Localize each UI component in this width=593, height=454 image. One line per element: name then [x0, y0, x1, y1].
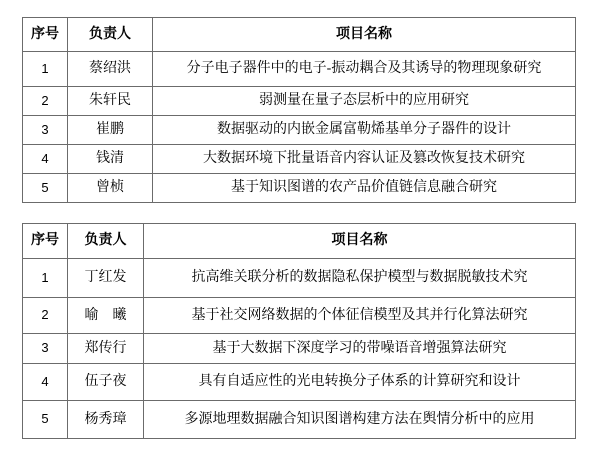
row-number-cell: 5: [23, 174, 68, 203]
row-number-cell: 1: [23, 259, 68, 298]
table-row: 2喻 曦基于社交网络数据的个体征信模型及其并行化算法研究: [23, 298, 576, 334]
column-header-0: 序号: [23, 224, 68, 259]
table-row: 2朱轩民弱测量在量子态层析中的应用研究: [23, 87, 576, 116]
header-row: 序号负责人项目名称: [23, 224, 576, 259]
column-header-0: 序号: [23, 18, 68, 52]
leader-name-cell: 朱轩民: [68, 87, 153, 116]
document-page: { "colors": { "background": "#ffffff", "…: [0, 0, 593, 454]
project-name-cell: 数据驱动的内嵌金属富勒烯基单分子器件的设计: [153, 116, 576, 145]
leader-name-cell: 伍子夜: [68, 364, 144, 401]
project-name-cell: 具有自适应性的光电转换分子体系的计算研究和设计: [144, 364, 576, 401]
project-table-2: 序号负责人项目名称 1丁红发抗高维关联分析的数据隐私保护模型与数据脱敏技术究2喻…: [22, 223, 576, 439]
table-row: 5曾桢基于知识图谱的农产品价值链信息融合研究: [23, 174, 576, 203]
header-row: 序号负责人项目名称: [23, 18, 576, 52]
column-header-2: 项目名称: [144, 224, 576, 259]
table-row: 4钱清大数据环境下批量语音内容认证及篡改恢复技术研究: [23, 145, 576, 174]
row-number-cell: 2: [23, 87, 68, 116]
project-name-cell: 基于知识图谱的农产品价值链信息融合研究: [153, 174, 576, 203]
leader-name-cell: 杨秀璋: [68, 401, 144, 439]
project-name-cell: 大数据环境下批量语音内容认证及篡改恢复技术研究: [153, 145, 576, 174]
row-number-cell: 3: [23, 334, 68, 364]
project-name-cell: 抗高维关联分析的数据隐私保护模型与数据脱敏技术究: [144, 259, 576, 298]
project-name-cell: 分子电子器件中的电子-振动耦合及其诱导的物理现象研究: [153, 52, 576, 87]
table-row: 5杨秀璋多源地理数据融合知识图谱构建方法在舆情分析中的应用: [23, 401, 576, 439]
row-number-cell: 4: [23, 364, 68, 401]
table-row: 4伍子夜具有自适应性的光电转换分子体系的计算研究和设计: [23, 364, 576, 401]
leader-name-cell: 喻 曦: [68, 298, 144, 334]
row-number-cell: 1: [23, 52, 68, 87]
table-row: 1蔡绍洪分子电子器件中的电子-振动耦合及其诱导的物理现象研究: [23, 52, 576, 87]
leader-name-cell: 郑传行: [68, 334, 144, 364]
row-number-cell: 5: [23, 401, 68, 439]
leader-name-cell: 钱清: [68, 145, 153, 174]
project-name-cell: 弱测量在量子态层析中的应用研究: [153, 87, 576, 116]
leader-name-cell: 曾桢: [68, 174, 153, 203]
leader-name-cell: 蔡绍洪: [68, 52, 153, 87]
project-table-1: 序号负责人项目名称 1蔡绍洪分子电子器件中的电子-振动耦合及其诱导的物理现象研究…: [22, 17, 576, 203]
column-header-1: 负责人: [68, 18, 153, 52]
leader-name-cell: 崔鹏: [68, 116, 153, 145]
table-row: 3崔鹏数据驱动的内嵌金属富勒烯基单分子器件的设计: [23, 116, 576, 145]
column-header-1: 负责人: [68, 224, 144, 259]
row-number-cell: 2: [23, 298, 68, 334]
table-row: 1丁红发抗高维关联分析的数据隐私保护模型与数据脱敏技术究: [23, 259, 576, 298]
project-name-cell: 基于社交网络数据的个体征信模型及其并行化算法研究: [144, 298, 576, 334]
project-name-cell: 基于大数据下深度学习的带噪语音增强算法研究: [144, 334, 576, 364]
column-header-2: 项目名称: [153, 18, 576, 52]
row-number-cell: 4: [23, 145, 68, 174]
leader-name-cell: 丁红发: [68, 259, 144, 298]
table-row: 3郑传行基于大数据下深度学习的带噪语音增强算法研究: [23, 334, 576, 364]
project-name-cell: 多源地理数据融合知识图谱构建方法在舆情分析中的应用: [144, 401, 576, 439]
row-number-cell: 3: [23, 116, 68, 145]
